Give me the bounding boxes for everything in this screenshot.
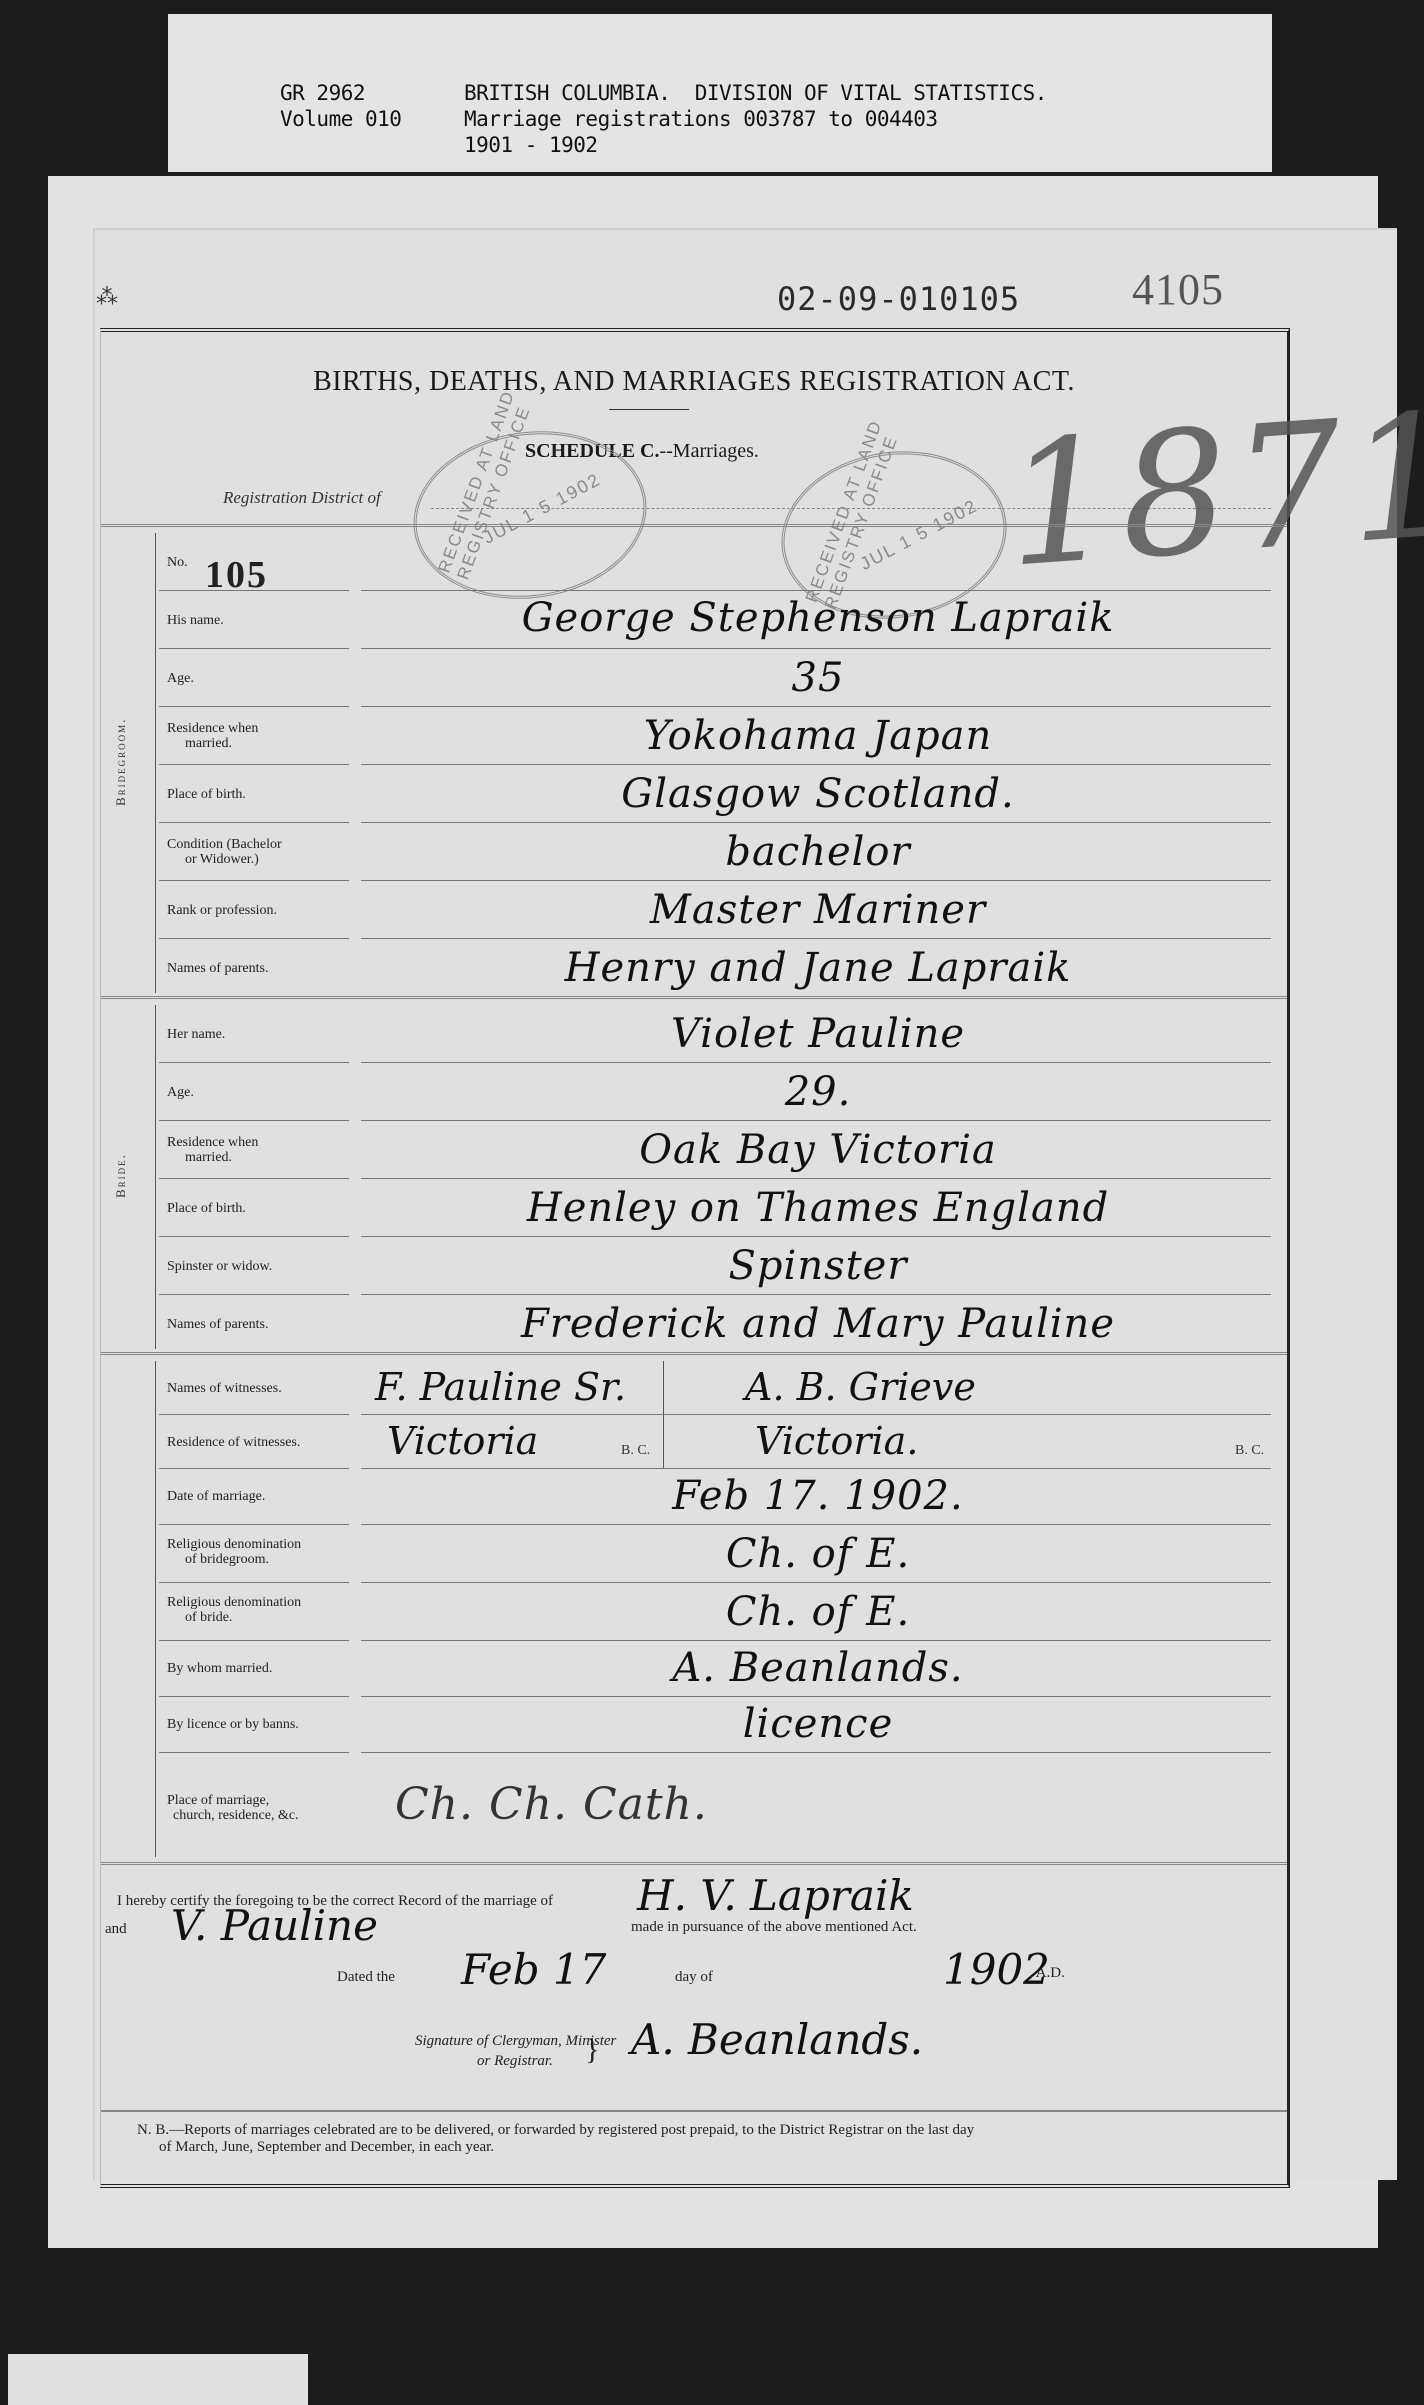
brace-icon: }	[585, 2035, 599, 2065]
marriage-place-row: Place of marriage,church, residence, &c.…	[155, 1753, 1271, 1861]
province-2: B. C.	[1235, 1443, 1264, 1459]
nb-note: N. B.—Reports of marriages celebrated ar…	[137, 2122, 1257, 2156]
ad-text: , A.D.	[1029, 1965, 1065, 1982]
groom-condition-row: Condition (Bacheloror Widower.) bachelor	[155, 823, 1271, 881]
field-label: Age.	[167, 1085, 353, 1100]
licence-row: By licence or by banns. licence	[155, 1697, 1271, 1753]
archive-title: BRITISH COLUMBIA. DIVISION OF VITAL STAT…	[464, 80, 1047, 106]
licence-or-banns: licence	[365, 1701, 1271, 1747]
groom-birthplace-row: Place of birth. Glasgow Scotland.	[155, 765, 1271, 823]
field-label: Spinster or widow.	[167, 1259, 353, 1274]
province-1: B. C.	[621, 1443, 650, 1459]
officiant: A. Beanlands.	[365, 1645, 1271, 1691]
bridegroom-label: Bridegroom.	[113, 527, 137, 997]
groom-parents-row: Names of parents. Henry and Jane Lapraik	[155, 939, 1271, 997]
witness-names-row: Names of witnesses. F. Pauline Sr. A. B.…	[155, 1361, 1271, 1415]
bottom-tab	[8, 2354, 308, 2405]
bride-birthplace: Henley on Thames England	[365, 1185, 1271, 1231]
groom-residence: Yokohama Japan	[365, 713, 1271, 759]
bride-section: Bride. Her name. Violet Pauline Age. 29.…	[101, 996, 1287, 1353]
groom-condition: bachelor	[365, 829, 1271, 875]
act-title: BIRTHS, DEATHS, AND MARRIAGES REGISTRATI…	[101, 366, 1287, 398]
bride-signature: V. Pauline	[171, 1901, 378, 1950]
no-label: No.	[167, 555, 188, 571]
marriage-place: Ch. Ch. Cath.	[395, 1779, 1271, 1830]
groom-signature: H. V. Lapraik	[637, 1871, 914, 1920]
officiant-row: By whom married. A. Beanlands.	[155, 1641, 1271, 1697]
marriage-form: BIRTHS, DEATHS, AND MARRIAGES REGISTRATI…	[100, 328, 1290, 2188]
field-label: Rank or profession.	[167, 903, 353, 918]
field-label: Condition (Bacheloror Widower.)	[167, 837, 353, 867]
nb-line-2: of March, June, September and December, …	[137, 2139, 1257, 2156]
groom-age-row: Age. 35	[155, 649, 1271, 707]
field-label: Names of parents.	[167, 961, 353, 976]
field-label: Religious denominationof bridegroom.	[167, 1537, 353, 1567]
witness-2-residence: Victoria.	[755, 1419, 918, 1463]
bridegroom-rows: No. 105 His name. George Stephenson Lapr…	[155, 533, 1271, 1003]
bride-label: Bride.	[113, 999, 137, 1353]
bride-residence-row: Residence whenmarried. Oak Bay Victoria	[155, 1121, 1271, 1179]
field-label: Religious denominationof bride.	[167, 1595, 353, 1625]
bride-age: 29.	[365, 1069, 1271, 1115]
groom-religion-row: Religious denominationof bridegroom. Ch.…	[155, 1525, 1271, 1583]
archive-series: GR 2962	[280, 80, 401, 106]
field-label: His name.	[167, 613, 353, 628]
bride-name-row: Her name. Violet Pauline	[155, 1005, 1271, 1063]
field-label: Place of birth.	[167, 787, 353, 802]
field-label: Her name.	[167, 1027, 353, 1042]
bride-age-row: Age. 29.	[155, 1063, 1271, 1121]
groom-religion: Ch. of E.	[365, 1531, 1271, 1577]
corner-mark-icon: ⁂	[96, 284, 118, 310]
groom-profession: Master Mariner	[365, 887, 1271, 933]
field-label: Date of marriage.	[167, 1489, 353, 1504]
registration-code: 02-09-010105	[777, 280, 1020, 318]
groom-age: 35	[365, 655, 1271, 701]
groom-name-row: His name. George Stephenson Lapraik	[155, 591, 1271, 649]
field-label: By whom married.	[167, 1661, 353, 1676]
groom-birthplace: Glasgow Scotland.	[365, 771, 1271, 817]
field-label: By licence or by banns.	[167, 1717, 353, 1732]
bride-parents: Frederick and Mary Pauline	[365, 1301, 1271, 1347]
groom-parents: Henry and Jane Lapraik	[365, 945, 1271, 991]
marriage-date: Feb 17. 1902.	[365, 1473, 1271, 1519]
groom-name: George Stephenson Lapraik	[365, 595, 1271, 641]
marriage-date-row: Date of marriage. Feb 17. 1902.	[155, 1469, 1271, 1525]
day-value: Feb 17	[461, 1945, 606, 1994]
clergyman-signature: A. Beanlands.	[631, 2015, 923, 2064]
bride-condition-row: Spinster or widow. Spinster	[155, 1237, 1271, 1295]
field-label: Residence of witnesses.	[167, 1435, 353, 1450]
field-label: Names of witnesses.	[167, 1381, 353, 1396]
stamped-number: 4105	[1132, 264, 1224, 315]
ceremony-rows: Names of witnesses. F. Pauline Sr. A. B.…	[155, 1361, 1271, 1867]
archive-label-card: GR 2962 Volume 010 BRITISH COLUMBIA. DIV…	[168, 14, 1272, 172]
field-label: Age.	[167, 671, 353, 686]
bride-parents-row: Names of parents. Frederick and Mary Pau…	[155, 1295, 1271, 1353]
pursuance-text: made in pursuance of the above mentioned…	[631, 1919, 917, 1936]
schedule-rest: --Marriages.	[659, 440, 758, 462]
and-text: and	[105, 1921, 127, 1938]
bride-religion-row: Religious denominationof bride. Ch. of E…	[155, 1583, 1271, 1641]
bride-name: Violet Pauline	[365, 1011, 1271, 1057]
registration-number-row: No. 105	[155, 533, 1271, 591]
bride-condition: Spinster	[365, 1243, 1271, 1289]
field-label: Names of parents.	[167, 1317, 353, 1332]
field-label: Place of marriage,church, residence, &c.	[167, 1793, 353, 1823]
signature-label-2: or Registrar.	[477, 2053, 553, 2070]
field-label: Place of birth.	[167, 1201, 353, 1216]
witness-residence-row: Residence of witnesses. Victoria B. C. V…	[155, 1415, 1271, 1469]
bride-religion: Ch. of E.	[365, 1589, 1271, 1635]
field-label: Residence whenmarried.	[167, 721, 353, 751]
bride-residence: Oak Bay Victoria	[365, 1127, 1271, 1173]
ornament-divider	[609, 409, 689, 410]
note-divider	[101, 2110, 1287, 2113]
groom-residence-row: Residence whenmarried. Yokohama Japan	[155, 707, 1271, 765]
bride-birthplace-row: Place of birth. Henley on Thames England	[155, 1179, 1271, 1237]
dated-the-text: Dated the	[337, 1969, 395, 1986]
district-label: Registration District of	[223, 488, 381, 508]
certification-section: I hereby certify the foregoing to be the…	[101, 1862, 1287, 2113]
field-label: Residence whenmarried.	[167, 1135, 353, 1165]
ceremony-section: Names of witnesses. F. Pauline Sr. A. B.…	[101, 1352, 1287, 1861]
witness-1-residence: Victoria	[387, 1419, 538, 1463]
archive-volume: Volume 010	[280, 106, 401, 132]
bride-rows: Her name. Violet Pauline Age. 29. Reside…	[155, 1005, 1271, 1359]
day-of-text: day of	[675, 1969, 713, 1986]
archive-years: 1901 - 1902	[464, 132, 1047, 158]
nb-line-1: N. B.—Reports of marriages celebrated ar…	[137, 2122, 974, 2138]
witness-2-name: A. B. Grieve	[745, 1365, 976, 1409]
witness-1-name: F. Pauline Sr.	[375, 1365, 626, 1409]
bridegroom-section: Bridegroom. No. 105 His name. George Ste…	[101, 524, 1287, 997]
archive-subtitle: Marriage registrations 003787 to 004403	[464, 106, 1047, 132]
groom-profession-row: Rank or profession. Master Mariner	[155, 881, 1271, 939]
